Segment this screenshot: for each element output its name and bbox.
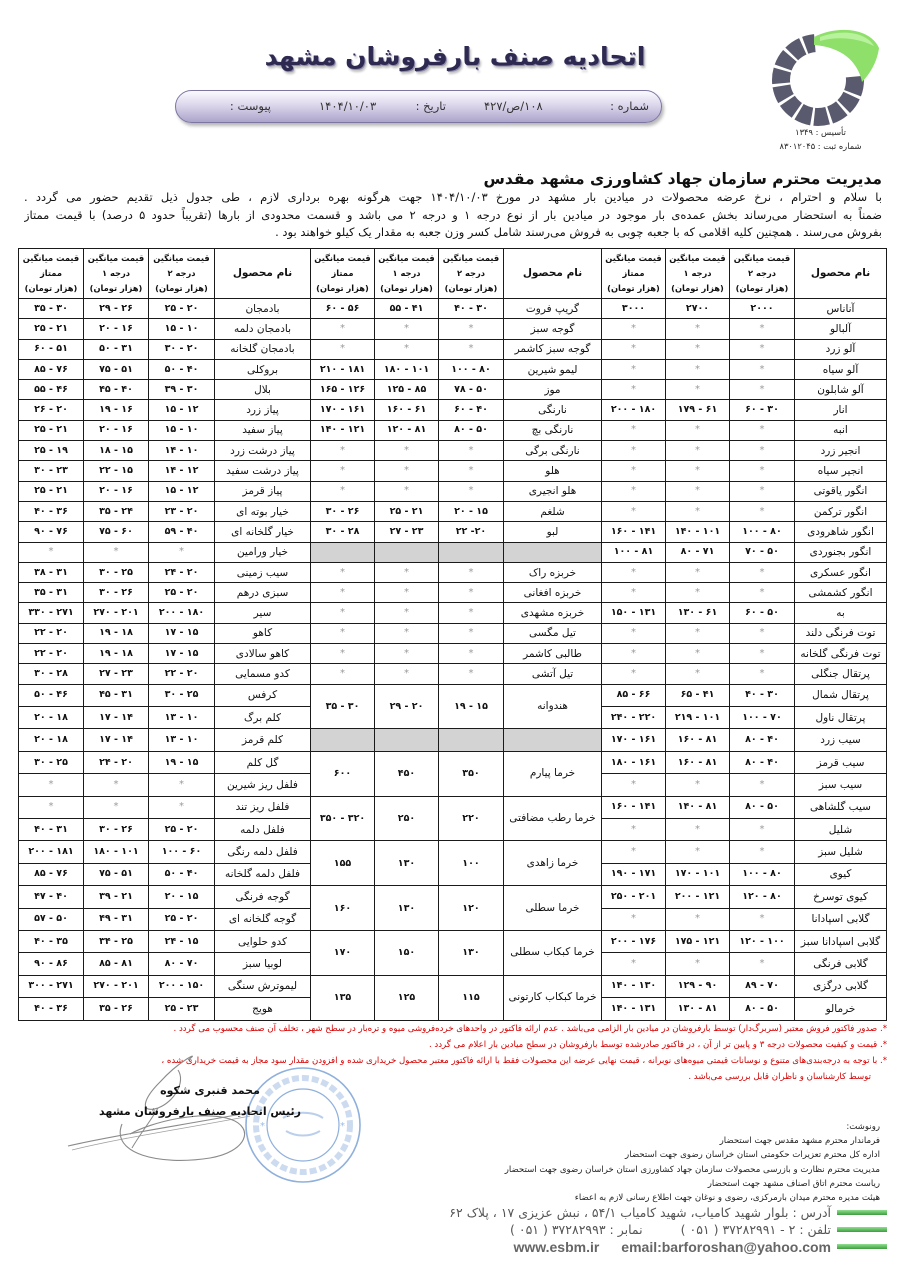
price-cell-premium: ۲۰۱ - ۲۵۰ [602, 886, 666, 908]
product-name-cell: پرتقال ناول [795, 707, 887, 729]
price-cell-premium: ۱۳۵ [311, 975, 375, 1020]
price-cell-premium: * [311, 644, 375, 664]
product-name-cell: هلو [504, 461, 602, 481]
price-cell-premium: ۳۵ - ۴۰ [19, 930, 84, 952]
price-cell-grade2: * [730, 623, 795, 643]
price-cell-premium: ۳۱ - ۴۰ [19, 818, 84, 840]
price-cell-grade1: ۶۰ - ۷۵ [84, 522, 149, 542]
price-cell-grade1: * [666, 501, 730, 521]
table-row: شلیل سبز***خرما زاهدی۱۰۰۱۳۰۱۵۵فلفل دلمه … [19, 841, 887, 863]
price-cell-premium: ۲۳ - ۳۰ [19, 461, 84, 481]
price-cell-premium: * [602, 818, 666, 840]
column-header-premium: قیمت میانگینممتاز(هزار تومان) [311, 249, 375, 299]
note-item: *. قیمت و کیفیت محصولات درجه ۳ و پایین ت… [140, 1037, 887, 1053]
price-cell-grade2: ۱۲ - ۱۵ [149, 481, 215, 501]
price-cell-premium: ۱۳۱ - ۱۴۰ [602, 998, 666, 1020]
price-cell-premium: * [602, 441, 666, 461]
product-name-cell: خربزه مشهدی [504, 603, 602, 623]
price-cell-premium: ۱۷۶ - ۲۰۰ [602, 930, 666, 952]
table-row: انگور یاقوتی***هلو انجیری***پیاز قرمز۱۲ … [19, 481, 887, 501]
price-cell-premium: ۶۰۰ [311, 751, 375, 796]
product-name-cell: آلو شابلون [795, 380, 887, 400]
price-cell-premium: ۲۰ - ۲۲ [19, 644, 84, 664]
price-cell-grade2: ۸۰ - ۱۲۰ [730, 886, 795, 908]
price-cell-grade2: ۷۰ - ۸۹ [730, 975, 795, 997]
product-name-cell: گوجه فرنگی [215, 886, 311, 908]
product-name-cell: سیب زرد [795, 729, 887, 751]
price-cell-grade2: ۸۰ - ۱۰۰ [730, 863, 795, 885]
product-name-cell: خرما سطلی [504, 886, 602, 931]
header-line: قیمت میانگین [377, 251, 436, 266]
price-cell-grade2: * [730, 953, 795, 975]
product-name-cell: کرفس [215, 684, 311, 706]
web-line: email:barforoshan@yahoo.com www.esbm.ir [449, 1238, 887, 1255]
signatory-name: محمد قنبری شکوه [140, 1084, 280, 1097]
price-cell-premium: ۱۴۱ - ۱۶۰ [602, 796, 666, 818]
product-name-cell: لبو [504, 522, 602, 542]
price-cell-grade1: ۸۱ - ۱۳۰ [666, 998, 730, 1020]
price-cell-grade1: ۲۰۱ - ۲۷۰ [84, 975, 149, 997]
price-cell-grade2: * [730, 461, 795, 481]
price-cell-premium: * [602, 908, 666, 930]
header-line: (هزار تومان) [86, 281, 146, 296]
price-cell-grade2: * [730, 481, 795, 501]
price-cell-grade2: ۳۰ - ۴۰ [439, 299, 504, 319]
price-cell-premium: * [602, 380, 666, 400]
product-name-cell: فلفل دلمه گلخانه [215, 863, 311, 885]
column-header-product-name: نام محصول [504, 249, 602, 299]
product-name-cell: نارنگی برگی [504, 441, 602, 461]
cc-recipient: اداره کل محترم تعزیرات حکومتی استان خراس… [505, 1148, 880, 1162]
price-cell-grade2: ۲۲۰ [439, 796, 504, 841]
price-cell-premium: ۳۶ - ۴۰ [19, 501, 84, 521]
product-name-cell: گل کلم [215, 751, 311, 773]
product-name-cell: آناناس [795, 299, 887, 319]
price-cell-grade1: ۲۰ - ۲۴ [84, 751, 149, 773]
intro-line: ضمناً به استحضار می‌رساند بخش عمده‌ی بار… [24, 207, 882, 225]
email-link[interactable]: email:barforoshan@yahoo.com [621, 1239, 831, 1255]
price-cell-grade2: * [730, 583, 795, 603]
separator-cell [311, 542, 375, 562]
table-row: توت فرنگی گلخانه***طالبی کاشمر***کاهو سا… [19, 644, 887, 664]
price-cell-grade2: ۲۰ - ۲۲ [149, 664, 215, 684]
price-cell-grade2: * [439, 441, 504, 461]
price-cell-premium: ۷۶ - ۹۰ [19, 522, 84, 542]
price-cell-grade2: ۳۵۰ [439, 751, 504, 796]
column-header-product-name: نام محصول [795, 249, 887, 299]
price-cell-grade2: ۵۰ - ۷۰ [730, 542, 795, 562]
price-cell-grade2: ۱۱۵ [439, 975, 504, 1020]
price-cell-grade1: ۲۰ - ۲۹ [375, 684, 439, 729]
price-cell-premium: ۳۰ - ۳۵ [311, 684, 375, 729]
separator-cell [504, 729, 602, 751]
price-cell-grade1: * [666, 359, 730, 379]
price-cell-grade2: ۷۰ - ۸۰ [149, 953, 215, 975]
product-name-cell: تیل آتشی [504, 664, 602, 684]
price-cell-grade2: ۶۰ - ۱۰۰ [149, 841, 215, 863]
product-name-cell: کاهو سالادی [215, 644, 311, 664]
price-cell-grade2: ۲۰ - ۳۰ [149, 339, 215, 359]
green-bar-decoration [837, 1244, 887, 1249]
price-cell-grade2: ۵۰ - ۸۰ [439, 420, 504, 440]
product-name-cell: کلم برگ [215, 707, 311, 729]
price-cell-premium: * [19, 774, 84, 796]
price-cell-grade1: ۴۵۰ [375, 751, 439, 796]
note-item: *. صدور فاکتور فروش معتبر (سربرگ‌دار) تو… [140, 1021, 887, 1037]
product-name-cell: لوبیا سبز [215, 953, 311, 975]
price-cell-grade1: * [666, 908, 730, 930]
header-line: (هزار تومان) [668, 281, 727, 296]
price-cell-premium: ۲۷۱ - ۳۰۰ [19, 975, 84, 997]
price-cell-grade2: ۳۰ - ۶۰ [730, 400, 795, 420]
price-cell-grade2: * [439, 603, 504, 623]
table-row: انگور عسکری***خربزه راک***سیب زمینی۲۰ - … [19, 562, 887, 582]
header-line: درجه ۲ [732, 266, 792, 281]
price-cell-grade1: ۲۱ - ۳۹ [84, 886, 149, 908]
price-cell-grade1: * [666, 664, 730, 684]
table-row: آلبالو***گوجه سبز***بادمجان دلمه۱۰ - ۱۵۱… [19, 319, 887, 339]
price-cell-grade2: * [439, 562, 504, 582]
price-cell-premium: ۱۹ - ۲۵ [19, 441, 84, 461]
table-row: انجیر سیاه***هلو***پیاز درشت سفید۱۲ - ۱۴… [19, 461, 887, 481]
table-header: نام محصولقیمت میانگیندرجه ۲(هزار تومان)ق… [19, 249, 887, 299]
price-cell-grade2: ۵۰ - ۸۰ [730, 796, 795, 818]
number-label: شماره : [610, 99, 649, 113]
price-cell-grade2: * [439, 339, 504, 359]
price-cell-grade2: ۴۰ - ۵۹ [149, 522, 215, 542]
price-cell-grade1: * [375, 644, 439, 664]
price-cell-grade1: * [666, 420, 730, 440]
header-line: (هزار تومان) [313, 281, 372, 296]
price-cell-premium: ۳۱ - ۳۸ [19, 562, 84, 582]
price-cell-grade2: ۲۰ - ۲۵ [149, 583, 215, 603]
price-cell-grade1: ۶۱ - ۱۷۹ [666, 400, 730, 420]
product-name-cell: فلفل دلمه [215, 818, 311, 840]
product-name-cell: لیموترش سنگی [215, 975, 311, 997]
price-cell-grade1: * [666, 380, 730, 400]
price-cell-grade1: ۵۱ - ۷۵ [84, 863, 149, 885]
signatory-title: رئیس اتحادیه صنف بارفروشان مشهد [95, 1105, 305, 1118]
price-cell-grade2: ۱۵ - ۱۷ [149, 644, 215, 664]
header-line: (هزار تومان) [151, 281, 212, 296]
product-name-cell: فلفل ریز تند [215, 796, 311, 818]
price-cell-premium: * [602, 562, 666, 582]
product-name-cell: پیاز درشت زرد [215, 441, 311, 461]
product-name-cell: بروکلی [215, 359, 311, 379]
price-cell-premium: ۱۶۰ [311, 886, 375, 931]
price-cell-premium: * [311, 562, 375, 582]
product-name-cell: کدو حلوایی [215, 930, 311, 952]
website-link[interactable]: www.esbm.ir [513, 1239, 599, 1255]
product-name-cell: سیب سبز [795, 774, 887, 796]
price-cell-grade1: ۱۲۱ - ۲۰۰ [666, 886, 730, 908]
price-cell-grade2: ۱۵ - ۲۰ [149, 886, 215, 908]
green-bar-decoration [837, 1227, 887, 1232]
table-row: آلو شابلون***موز۵۰ - ۷۸۸۵ - ۱۲۵۱۲۶ - ۱۶۵… [19, 380, 887, 400]
price-cell-grade1: ۹۰ - ۱۲۹ [666, 975, 730, 997]
price-cell-grade1: ۲۱ - ۲۵ [375, 501, 439, 521]
price-cell-premium: ۸۱ - ۱۰۰ [602, 542, 666, 562]
price-cell-premium: * [311, 583, 375, 603]
price-cell-grade1: ۱۰۱ - ۱۷۰ [666, 863, 730, 885]
price-cell-grade1: ۲۰۱ - ۲۷۰ [84, 603, 149, 623]
price-cell-grade1: * [375, 583, 439, 603]
footer-contact: آدرس : بلوار شهید کامیاب، شهید کامیاب ۵۴… [449, 1204, 887, 1255]
header-line: قیمت میانگین [86, 251, 146, 266]
price-table: نام محصولقیمت میانگیندرجه ۲(هزار تومان)ق… [18, 248, 887, 1021]
price-cell-grade2: * [439, 461, 504, 481]
price-cell-premium: * [602, 623, 666, 643]
price-cell-grade2: ۲۰ - ۲۵ [149, 299, 215, 319]
product-name-cell: آلو سیاه [795, 359, 887, 379]
price-cell-grade2: ۱۰ - ۱۵ [149, 420, 215, 440]
price-cell-grade1: ۷۱ - ۸۰ [666, 542, 730, 562]
price-cell-premium: ۱۵۵ [311, 841, 375, 886]
product-name-cell: خرمالو [795, 998, 887, 1020]
price-cell-grade2: ۱۵ - ۱۹ [149, 751, 215, 773]
price-cell-grade2: * [730, 664, 795, 684]
registration-number: شماره ثبت : ۸۳۰۱۲۰۴۵ [758, 141, 883, 151]
price-cell-grade1: * [375, 664, 439, 684]
header-line: (هزار تومان) [21, 281, 81, 296]
price-cell-grade2: * [730, 841, 795, 863]
price-cell-grade1: * [666, 953, 730, 975]
price-cell-premium: * [602, 664, 666, 684]
separator-cell [439, 542, 504, 562]
price-cell-grade1: ۱۳۰ [375, 841, 439, 886]
price-cell-grade1: ۱۰۱ - ۱۸۰ [84, 841, 149, 863]
price-cell-grade1: ۱۲۵ [375, 975, 439, 1020]
price-cell-grade1: ۲۶ - ۳۵ [84, 998, 149, 1020]
separator-cell [439, 729, 504, 751]
official-stamp-icon: * * [238, 1063, 368, 1188]
reference-bar: شماره : ۴۲۷/ص/۱۰۸ تاریخ : ۱۴۰۴/۱۰/۰۳ پیو… [175, 90, 662, 123]
price-cell-grade1: * [375, 339, 439, 359]
price-cell-premium: * [602, 501, 666, 521]
price-cell-premium: ۳۱ - ۳۵ [19, 583, 84, 603]
price-cell-premium: ۵۶ - ۶۰ [311, 299, 375, 319]
header-line: (هزار تومان) [604, 281, 663, 296]
product-name-cell: کدو مسمایی [215, 664, 311, 684]
price-cell-grade2: * [730, 501, 795, 521]
intro-line: با سلام و احترام ، نرخ عرضه محصولات در م… [24, 189, 882, 207]
price-cell-grade1: * [375, 603, 439, 623]
price-cell-grade2: ۲۰ - ۲۵ [149, 908, 215, 930]
price-cell-grade1: * [84, 796, 149, 818]
separator-cell [375, 729, 439, 751]
price-cell-premium: ۱۲۶ - ۱۶۵ [311, 380, 375, 400]
product-name-cell: توت فرنگی دلند [795, 623, 887, 643]
price-cell-premium: ۷۶ - ۸۵ [19, 359, 84, 379]
price-cell-grade1: ۶۱ - ۱۶۰ [375, 400, 439, 420]
price-cell-premium: * [602, 774, 666, 796]
price-cell-grade2: ۱۲ - ۱۵ [149, 400, 215, 420]
table-row: انگور شاهرودی۸۰ - ۱۰۰۱۰۱ - ۱۴۰۱۴۱ - ۱۶۰ل… [19, 522, 887, 542]
price-cell-grade1: * [666, 644, 730, 664]
product-name-cell: خیار گلخانه ای [215, 522, 311, 542]
price-cell-premium: * [311, 319, 375, 339]
price-cell-grade2: ۱۰ - ۱۳ [149, 729, 215, 751]
price-cell-grade1: ۸۱ - ۱۶۰ [666, 729, 730, 751]
table-row: گلابی اسپادانا سبز۱۰۰ - ۱۲۰۱۲۱ - ۱۷۵۱۷۶ … [19, 930, 887, 952]
price-cell-grade2: * [149, 542, 215, 562]
price-cell-grade1: ۲۳ - ۲۷ [84, 664, 149, 684]
price-cell-grade2: ۱۲ - ۱۴ [149, 461, 215, 481]
price-cell-grade1: * [666, 339, 730, 359]
price-cell-grade2: ۴۰ - ۸۰ [730, 729, 795, 751]
price-cell-premium: ۲۸ - ۳۰ [311, 522, 375, 542]
separator-cell [311, 729, 375, 751]
header-line: (هزار تومان) [732, 281, 792, 296]
table-row: انگور ترکمن***شلغم۱۵ - ۲۰۲۱ - ۲۵۲۶ - ۳۰خ… [19, 501, 887, 521]
product-name-cell: کلم قرمز [215, 729, 311, 751]
price-cell-premium: * [602, 339, 666, 359]
table-body: آناناس۲۰۰۰۲۷۰۰۳۰۰۰گریپ فروت۳۰ - ۴۰۴۱ - ۵… [19, 299, 887, 1021]
price-cell-grade1: ۲۵ - ۳۴ [84, 930, 149, 952]
product-name-cell: نارنگی بچ [504, 420, 602, 440]
price-cell-premium: ۱۲۱ - ۱۴۰ [311, 420, 375, 440]
svg-text:*: * [260, 1121, 265, 1132]
price-cell-grade1: * [666, 481, 730, 501]
header-row: نام محصولقیمت میانگیندرجه ۲(هزار تومان)ق… [19, 249, 887, 299]
price-cell-grade1: ۳۱ - ۵۰ [84, 339, 149, 359]
header-line: درجه ۱ [668, 266, 727, 281]
price-cell-premium: ۱۸ - ۲۰ [19, 707, 84, 729]
product-name-cell: شلغم [504, 501, 602, 521]
price-cell-grade1: ۲۷۰۰ [666, 299, 730, 319]
product-name-cell: بلال [215, 380, 311, 400]
cc-list: رونوشت: فرماندار محترم مشهد مقدس جهت است… [505, 1120, 880, 1205]
product-name-cell: تیل مگسی [504, 623, 602, 643]
product-name-cell: هندوانه [504, 684, 602, 729]
price-cell-grade2: * [730, 319, 795, 339]
price-cell-grade2: * [730, 818, 795, 840]
price-cell-grade1: ۲۳ - ۲۷ [375, 522, 439, 542]
price-cell-grade2: ۷۰ - ۱۰۰ [730, 707, 795, 729]
price-cell-premium: ۳۰۰۰ [602, 299, 666, 319]
price-cell-grade2: ۱۰ - ۱۳ [149, 707, 215, 729]
product-name-cell: گلابی فرنگی [795, 953, 887, 975]
price-cell-grade2: ۱۵ - ۲۰ [439, 501, 504, 521]
price-cell-premium: ۵۰ - ۵۷ [19, 908, 84, 930]
product-name-cell: سیب زمینی [215, 562, 311, 582]
price-cell-premium: * [311, 623, 375, 643]
product-name-cell: بادمجان دلمه [215, 319, 311, 339]
product-name-cell: خربزه افغانی [504, 583, 602, 603]
price-cell-grade2: ۴۰ - ۶۰ [439, 400, 504, 420]
founded-year: تأسیس : ۱۳۴۹ [758, 127, 883, 137]
column-header-product-name: نام محصول [215, 249, 311, 299]
price-cell-grade1: ۱۶ - ۲۰ [84, 319, 149, 339]
recipient-heading: مدیریت محترم سازمان جهاد کشاورزی مشهد مق… [484, 170, 882, 188]
price-cell-grade1: ۸۱ - ۱۶۰ [666, 751, 730, 773]
product-name-cell: بادمجان گلخانه [215, 339, 311, 359]
price-cell-premium: ۲۶ - ۳۰ [311, 501, 375, 521]
price-cell-grade1: ۸۱ - ۸۵ [84, 953, 149, 975]
table-row: پرتقال شمال۳۰ - ۴۰۴۱ - ۶۵۶۶ - ۸۵هندوانه۱… [19, 684, 887, 706]
column-header-grade2: قیمت میانگیندرجه ۲(هزار تومان) [730, 249, 795, 299]
price-cell-grade1: * [666, 583, 730, 603]
product-name-cell: انگور شاهرودی [795, 522, 887, 542]
column-header-grade2: قیمت میانگیندرجه ۲(هزار تومان) [439, 249, 504, 299]
product-name-cell: خیار بوته ای [215, 501, 311, 521]
price-cell-grade1: * [666, 818, 730, 840]
price-cell-grade2: * [730, 420, 795, 440]
price-cell-premium: ۱۶۱ - ۱۷۰ [311, 400, 375, 420]
price-cell-grade2: * [439, 583, 504, 603]
product-name-cell: توت فرنگی گلخانه [795, 644, 887, 664]
price-cell-grade1: * [666, 623, 730, 643]
price-cell-grade2: * [730, 908, 795, 930]
product-name-cell: سیر [215, 603, 311, 623]
price-cell-premium: ۸۶ - ۹۰ [19, 953, 84, 975]
phone-line: تلفن : ۲ - ۳۷۲۸۲۹۹۱ ( ۰۵۱ ) نمابر : ۳۷۲۸… [449, 1221, 887, 1238]
header-line: قیمت میانگین [441, 251, 501, 266]
price-cell-grade1: ۸۵ - ۱۲۵ [375, 380, 439, 400]
product-name-cell: انگور ترکمن [795, 501, 887, 521]
cc-recipient: ریاست محترم اتاق اصناف مشهد جهت استحضار [505, 1177, 880, 1191]
price-cell-premium: ۱۷۱ - ۱۹۰ [602, 863, 666, 885]
price-cell-premium: ۱۸۰ - ۲۰۰ [602, 400, 666, 420]
cc-label: رونوشت: [505, 1120, 880, 1134]
cc-recipient: فرماندار محترم مشهد مقدس جهت استحضار [505, 1134, 880, 1148]
product-name-cell: انار [795, 400, 887, 420]
green-bar-decoration [837, 1210, 887, 1215]
table-row: گلابی درگزی۷۰ - ۸۹۹۰ - ۱۲۹۱۳۰ - ۱۴۰خرما … [19, 975, 887, 997]
price-cell-grade2: * [439, 644, 504, 664]
date-label: تاریخ : [416, 99, 446, 113]
price-cell-premium: ۲۲۰ - ۲۴۰ [602, 707, 666, 729]
price-cell-premium: ۱۸۱ - ۲۱۰ [311, 359, 375, 379]
product-name-cell: انگور یاقوتی [795, 481, 887, 501]
product-name-cell: شلیل [795, 818, 887, 840]
org-title: اتحادیه صنف بارفروشان مشهد [150, 42, 760, 71]
price-cell-grade2: * [730, 359, 795, 379]
product-name-cell: گریپ فروت [504, 299, 602, 319]
svg-text:*: * [340, 1121, 345, 1132]
header-line: قیمت میانگین [668, 251, 727, 266]
header-line: درجه ۲ [151, 266, 212, 281]
product-name-cell: خربزه راک [504, 562, 602, 582]
product-name-cell: موز [504, 380, 602, 400]
price-cell-premium: * [602, 420, 666, 440]
price-cell-grade1: * [375, 461, 439, 481]
price-cell-grade2: ۸۰ - ۱۰۰ [730, 522, 795, 542]
price-cell-grade2: ۱۲۰ [439, 886, 504, 931]
price-cell-grade1: ۱۰۱ - ۲۱۹ [666, 707, 730, 729]
price-cell-grade1: ۴۱ - ۵۵ [375, 299, 439, 319]
table-row: انار۳۰ - ۶۰۶۱ - ۱۷۹۱۸۰ - ۲۰۰نارنگی۴۰ - ۶… [19, 400, 887, 420]
price-cell-premium: ۷۶ - ۸۵ [19, 863, 84, 885]
price-cell-premium: ۱۸۱ - ۲۰۰ [19, 841, 84, 863]
price-cell-grade2: ۱۸۰ - ۲۰۰ [149, 603, 215, 623]
product-name-cell: سیب گلشاهی [795, 796, 887, 818]
price-cell-grade2: ۲۰- ۲۲ [439, 522, 504, 542]
table-row: به۵۰ - ۶۰۶۱ - ۱۳۰۱۳۱ - ۱۵۰خربزه مشهدی***… [19, 603, 887, 623]
price-cell-grade2: ۵۰ - ۶۰ [730, 603, 795, 623]
product-name-cell: کاهو [215, 623, 311, 643]
price-cell-grade2: ۱۰ - ۱۵ [149, 319, 215, 339]
product-name-cell: پیاز قرمز [215, 481, 311, 501]
header-line: قیمت میانگین [21, 251, 81, 266]
price-cell-grade2: ۲۰ - ۲۵ [149, 818, 215, 840]
price-cell-premium: ۱۴۱ - ۱۶۰ [602, 522, 666, 542]
column-header-premium: قیمت میانگینممتاز(هزار تومان) [19, 249, 84, 299]
price-cell-grade1: ۱۶ - ۲۰ [84, 420, 149, 440]
price-cell-premium: * [602, 461, 666, 481]
letter-number: ۴۲۷/ص/۱۰۸ [484, 99, 543, 113]
price-cell-premium: ۲۱ - ۲۵ [19, 420, 84, 440]
